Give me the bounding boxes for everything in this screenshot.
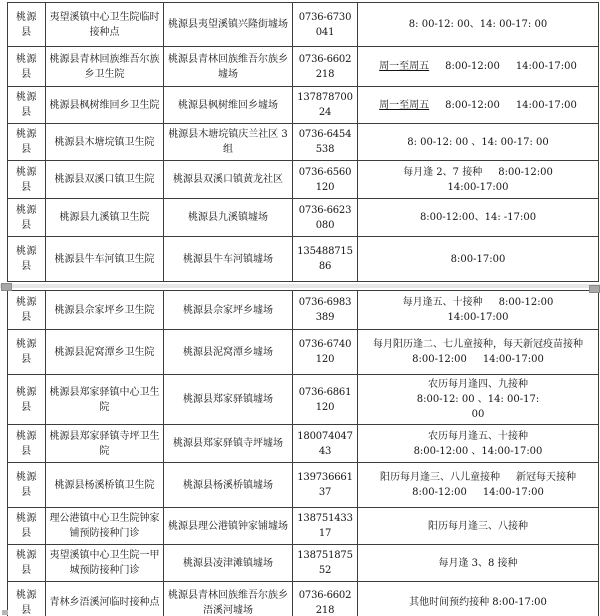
schedule-segment: 8:00-12: 00 、14: 00-17: <box>417 392 539 407</box>
schedule-cell: 周一至周五8:00-12:0014:00-17:00 <box>358 47 599 87</box>
phone-cell: 18007404743 <box>293 425 358 463</box>
county-cell: 桃源县 <box>8 508 46 545</box>
schedule-segment: 8:00-12:00 、14:00-17:00 <box>414 444 543 459</box>
schedule-cell: 8:00-12:00、14: -17:00 <box>358 199 599 237</box>
phone-cell: 0736-6983389 <box>293 291 358 330</box>
site-name-cell: 理公港镇中心卫生院钟家铺预防接种门诊 <box>46 508 164 545</box>
phone-cell: 0736-6602218 <box>293 47 358 87</box>
phone-cell: 0736-6730041 <box>293 3 358 47</box>
schedule-line: 每月阳历逢二、七儿童接种，每天新冠疫苗接种 <box>361 337 595 352</box>
schedule-line: 8: 00-12: 00、14: 00-17: 00 <box>361 17 595 32</box>
county-cell: 桃源县 <box>8 87 46 124</box>
phone-cell: 13548871586 <box>293 237 358 282</box>
schedule-line: 每月逢五、十接种8:00-12:0014:00-17:00 <box>361 295 595 325</box>
schedule-cell: 农历每月逢五、十接种8:00-12:00 、14:00-17:00 <box>358 425 599 463</box>
schedule-cell: 阳历每月逢三、八儿童接种新冠每天接种8:00-12:0014:00-17:00 <box>358 463 599 508</box>
phone-cell: 0736-6454538 <box>293 124 358 161</box>
schedule-cell: 每月逢五、十接种8:00-12:0014:00-17:00 <box>358 291 599 330</box>
county-cell: 桃源县 <box>8 375 46 425</box>
table-row: 桃源县桃源县杨溪桥镇卫生院桃源县杨溪桥镇墟场13973666137阳历每月逢三、… <box>8 463 599 508</box>
schedule-segment: 8:00-17:00 <box>451 252 506 267</box>
schedule-segment: 14:00-17:00 <box>483 485 544 500</box>
schedule-line: 阳历每月逢三、八接种 <box>361 519 595 534</box>
schedule-line: 周一至周五8:00-12:0014:00-17:00 <box>361 59 595 74</box>
schedule-line: 阳历每月逢三、八儿童接种新冠每天接种 <box>361 470 595 485</box>
schedule-line: 8:00-17:00 <box>361 252 595 267</box>
phone-cell: 0736-6560120 <box>293 161 358 199</box>
site-name-cell: 夷望溪镇中心卫生院临时接种点 <box>46 3 164 47</box>
table-row: 桃源县桃源县泥窝潭乡卫生院桃源县泥窝潭乡墟场0736-6740120每月阳历逢二… <box>8 330 599 375</box>
table-row: 桃源县桃源县郑家驿镇中心卫生院桃源县郑家驿镇墟场0736-6861120农历每月… <box>8 375 599 425</box>
address-cell: 桃源县牛车河镇墟场 <box>164 237 293 282</box>
table-row: 桃源县夷望溪镇中心卫生院一甲城预防接种门诊桃源县凌津滩镇墟场1387518755… <box>8 545 599 582</box>
county-cell: 桃源县 <box>8 237 46 282</box>
table-row: 桃源县桃源县佘家坪乡卫生院桃源县佘家坪乡墟场0736-6983389每月逢五、十… <box>8 291 599 330</box>
schedule-segment: 14:00-17:00 <box>447 180 508 195</box>
site-name-cell: 桃源县杨溪桥镇卫生院 <box>46 463 164 508</box>
document-page: 桃源县夷望溪镇中心卫生院临时接种点桃源县夷望溪镇兴隆街墟场0736-673004… <box>0 0 600 616</box>
schedule-segment: 阳历每月逢三、八儿童接种 <box>380 470 500 485</box>
schedule-cell: 每月逢 3、8 接种 <box>358 545 599 582</box>
vaccination-table-bottom: 桃源县桃源县佘家坪乡卫生院桃源县佘家坪乡墟场0736-6983389每月逢五、十… <box>7 290 599 616</box>
schedule-line: 8:00-12:0014:00-17:00 <box>361 352 595 367</box>
schedule-line: 每月逢 2、7 接种8:00-12:0014:00-17:00 <box>361 165 595 195</box>
site-name-cell: 桃源县牛车河镇卫生院 <box>46 237 164 282</box>
site-name-cell: 桃源县泥窝潭乡卫生院 <box>46 330 164 375</box>
schedule-line: 其他时间预约接种 8:00-17:00 <box>361 595 595 610</box>
county-cell: 桃源县 <box>8 161 46 199</box>
schedule-segment: 每月逢 3、8 接种 <box>438 556 517 571</box>
table-row: 桃源县理公港镇中心卫生院钟家铺预防接种门诊桃源县理公港镇钟家铺墟场1387514… <box>8 508 599 545</box>
county-cell: 桃源县 <box>8 47 46 87</box>
schedule-cell: 8: 00-12: 00 、14: 00-17: 00 <box>358 124 599 161</box>
schedule-cell: 阳历每月逢三、八接种 <box>358 508 599 545</box>
county-cell: 桃源县 <box>8 425 46 463</box>
schedule-cell: 周一至周五8:00-12:0014:00-17:00 <box>358 87 599 124</box>
schedule-line: 农历每月逢四、九接种8:00-12: 00 、14: 00-17: <box>361 377 595 407</box>
vaccination-table-section-1: 桃源县夷望溪镇中心卫生院临时接种点桃源县夷望溪镇兴隆街墟场0736-673004… <box>0 0 600 282</box>
schedule-segment: 8: 00-12: 00、14: 00-17: 00 <box>409 17 547 32</box>
schedule-segment: 14:00-17:00 <box>483 352 544 367</box>
site-name-cell: 桃源县木塘垸镇卫生院 <box>46 124 164 161</box>
site-name-cell: 桃源县枫树维回乡卫生院 <box>46 87 164 124</box>
phone-cell: 13875187552 <box>293 545 358 582</box>
address-cell: 桃源县郑家驿镇寺坪墟场 <box>164 425 293 463</box>
address-cell: 桃源县泥窝潭乡墟场 <box>164 330 293 375</box>
schedule-cell: 其他时间预约接种 8:00-17:00 <box>358 582 599 616</box>
county-cell: 桃源县 <box>8 3 46 47</box>
county-cell: 桃源县 <box>8 124 46 161</box>
table-row: 桃源县桃源县双溪口镇卫生院桃源县双溪口镇黄龙社区0736-6560120每月逢 … <box>8 161 599 199</box>
site-name-cell: 桃源县郑家驿镇中心卫生院 <box>46 375 164 425</box>
vaccination-table-top: 桃源县夷望溪镇中心卫生院临时接种点桃源县夷望溪镇兴隆街墟场0736-673004… <box>7 2 599 282</box>
site-name-cell: 夷望溪镇中心卫生院一甲城预防接种门诊 <box>46 545 164 582</box>
table-split-handle-right[interactable] <box>589 285 600 293</box>
schedule-cell: 农历每月逢四、九接种8:00-12: 00 、14: 00-17:00 <box>358 375 599 425</box>
county-cell: 桃源县 <box>8 330 46 375</box>
county-cell: 桃源县 <box>8 199 46 237</box>
schedule-segment: 14:00-17:00 <box>516 59 577 74</box>
schedule-line: 周一至周五8:00-12:0014:00-17:00 <box>361 98 595 113</box>
schedule-segment: 8:00-12:00 <box>445 98 500 113</box>
site-name-cell: 桃源县九溪镇卫生院 <box>46 199 164 237</box>
table-row: 桃源县桃源县青林回族维吾尔族乡卫生院桃源县青林回族维吾尔族乡墟场0736-660… <box>8 47 599 87</box>
schedule-segment: 周一至周五 <box>379 98 429 113</box>
address-cell: 桃源县双溪口镇黄龙社区 <box>164 161 293 199</box>
schedule-cell: 每月阳历逢二、七儿童接种，每天新冠疫苗接种8:00-12:0014:00-17:… <box>358 330 599 375</box>
site-name-cell: 桃源县青林回族维吾尔族乡卫生院 <box>46 47 164 87</box>
phone-cell: 13973666137 <box>293 463 358 508</box>
schedule-segment: 8:00-12:00 <box>412 352 467 367</box>
schedule-line: 8: 00-12: 00 、14: 00-17: 00 <box>361 135 595 150</box>
schedule-segment: 农历每月逢四、九接种 <box>428 377 528 392</box>
schedule-segment: 每月逢 2、7 接种 <box>403 165 482 180</box>
table-row: 桃源县夷望溪镇中心卫生院临时接种点桃源县夷望溪镇兴隆街墟场0736-673004… <box>8 3 599 47</box>
schedule-segment: 8:00-12:00、14: -17:00 <box>420 210 536 225</box>
phone-cell: 0736-6861120 <box>293 375 358 425</box>
schedule-segment: 8:00-12:00 <box>445 59 500 74</box>
schedule-segment: 农历每月逢五、十接种 <box>428 429 528 444</box>
phone-cell: 0736-6602218 <box>293 582 358 616</box>
county-cell: 桃源县 <box>8 463 46 508</box>
address-cell: 桃源县青林回族维吾尔族乡墟场 <box>164 47 293 87</box>
site-name-cell: 桃源县双溪口镇卫生院 <box>46 161 164 199</box>
schedule-segment: 8:00-12:00 <box>498 165 553 180</box>
schedule-segment: 阳历每月逢三、八接种 <box>428 519 528 534</box>
county-cell: 桃源县 <box>8 582 46 616</box>
schedule-line: 00 <box>361 407 595 422</box>
schedule-segment: 14:00-17:00 <box>447 310 508 325</box>
page-break-gap <box>0 282 600 290</box>
schedule-segment: 新冠每天接种 <box>516 470 576 485</box>
phone-cell: 0736-6740120 <box>293 330 358 375</box>
site-name-cell: 青林乡浯溪河临时接种点 <box>46 582 164 616</box>
county-cell: 桃源县 <box>8 545 46 582</box>
vaccination-table-section-2: 桃源县桃源县佘家坪乡卫生院桃源县佘家坪乡墟场0736-6983389每月逢五、十… <box>0 290 600 616</box>
table-row: 桃源县桃源县九溪镇卫生院桃源县九溪镇墟场0736-66230808:00-12:… <box>8 199 599 237</box>
address-cell: 桃源县枫树维回乡墟场 <box>164 87 293 124</box>
table-row: 桃源县桃源县枫树维回乡卫生院桃源县枫树维回乡墟场13787870024周一至周五… <box>8 87 599 124</box>
address-cell: 桃源县九溪镇墟场 <box>164 199 293 237</box>
phone-cell: 13875143317 <box>293 508 358 545</box>
phone-cell: 13787870024 <box>293 87 358 124</box>
schedule-line: 8:00-12:0014:00-17:00 <box>361 485 595 500</box>
schedule-segment: 00 <box>472 407 485 422</box>
schedule-segment: 8: 00-12: 00 、14: 00-17: 00 <box>407 135 549 150</box>
schedule-cell: 8:00-17:00 <box>358 237 599 282</box>
phone-cell: 0736-6623080 <box>293 199 358 237</box>
address-cell: 桃源县夷望溪镇兴隆街墟场 <box>164 3 293 47</box>
schedule-line: 每月逢 3、8 接种 <box>361 556 595 571</box>
site-name-cell: 桃源县郑家驿镇寺坪卫生院 <box>46 425 164 463</box>
schedule-cell: 每月逢 2、7 接种8:00-12:0014:00-17:00 <box>358 161 599 199</box>
schedule-cell: 8: 00-12: 00、14: 00-17: 00 <box>358 3 599 47</box>
address-cell: 桃源县佘家坪乡墟场 <box>164 291 293 330</box>
schedule-segment: 8:00-12:00 <box>499 295 554 310</box>
schedule-line: 农历每月逢五、十接种8:00-12:00 、14:00-17:00 <box>361 429 595 459</box>
schedule-segment: 14:00-17:00 <box>516 98 577 113</box>
address-cell: 桃源县青林回族维吾尔族乡浯溪河墟场 <box>164 582 293 616</box>
site-name-cell: 桃源县佘家坪乡卫生院 <box>46 291 164 330</box>
table-row: 桃源县青林乡浯溪河临时接种点桃源县青林回族维吾尔族乡浯溪河墟场0736-6602… <box>8 582 599 616</box>
table-row: 桃源县桃源县木塘垸镇卫生院桃源县木塘垸镇庆兰社区 3 组0736-6454538… <box>8 124 599 161</box>
table-resize-handle-bottom[interactable] <box>2 610 8 615</box>
address-cell: 桃源县杨溪桥镇墟场 <box>164 463 293 508</box>
schedule-segment: 8:00-12:00 <box>412 485 467 500</box>
table-row: 桃源县桃源县郑家驿镇寺坪卫生院桃源县郑家驿镇寺坪墟场18007404743农历每… <box>8 425 599 463</box>
address-cell: 桃源县凌津滩镇墟场 <box>164 545 293 582</box>
address-cell: 桃源县郑家驿镇墟场 <box>164 375 293 425</box>
schedule-segment: 其他时间预约接种 8:00-17:00 <box>409 595 547 610</box>
table-row: 桃源县桃源县牛车河镇卫生院桃源县牛车河镇墟场135488715868:00-17… <box>8 237 599 282</box>
schedule-segment: 周一至周五 <box>379 59 429 74</box>
address-cell: 桃源县理公港镇钟家铺墟场 <box>164 508 293 545</box>
table-split-handle-left[interactable] <box>1 283 12 291</box>
address-cell: 桃源县木塘垸镇庆兰社区 3 组 <box>164 124 293 161</box>
schedule-segment: 每月阳历逢二、七儿童接种，每天新冠疫苗接种 <box>373 337 583 352</box>
schedule-segment: 每月逢五、十接种 <box>403 295 483 310</box>
schedule-line: 8:00-12:00、14: -17:00 <box>361 210 595 225</box>
county-cell: 桃源县 <box>8 291 46 330</box>
